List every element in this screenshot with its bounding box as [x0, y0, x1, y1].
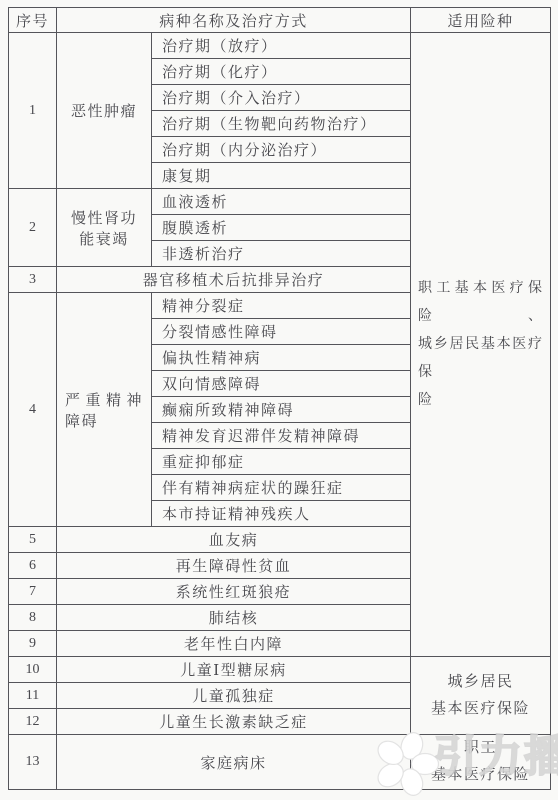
insurance-text-line: 职工基本医疗保险、: [411, 275, 550, 331]
serial-cell: 9: [9, 631, 57, 657]
treatment-cell: 癫痫所致精神障碍: [152, 397, 411, 423]
treatment-cell: 精神发育迟滞伴发精神障碍: [152, 423, 411, 449]
insurance-text-line: 基本医疗保险: [411, 762, 550, 789]
header-insurance-type: 适用险种: [411, 8, 551, 33]
disease-name-cell: 家庭病床: [57, 735, 411, 790]
disease-name-cell: 肺结核: [57, 605, 411, 631]
header-disease-treatment: 病种名称及治疗方式: [57, 8, 411, 33]
treatment-cell: 治疗期（生物靶向药物治疗）: [152, 111, 411, 137]
insurance-text-line: 城乡居民: [411, 669, 550, 696]
disease-name-cell: 器官移植术后抗排异治疗: [57, 267, 411, 293]
serial-cell: 4: [9, 293, 57, 527]
treatment-cell: 腹膜透析: [152, 215, 411, 241]
medical-insurance-table: 序号 病种名称及治疗方式 适用险种 1 恶性肿瘤 治疗期（放疗） 职工基本医疗保…: [8, 7, 551, 790]
disease-name-cell: 再生障碍性贫血: [57, 553, 411, 579]
treatment-cell: 重症抑郁症: [152, 449, 411, 475]
insurance-text-line: 基本医疗保险: [411, 696, 550, 723]
insurance-cell-employee-resident: 职工基本医疗保险、 城乡居民基本医疗保 险: [411, 33, 551, 657]
treatment-cell: 本市持证精神残疾人: [152, 501, 411, 527]
insurance-cell-resident: 城乡居民 基本医疗保险: [411, 657, 551, 735]
serial-cell: 10: [9, 657, 57, 683]
treatment-cell: 双向情感障碍: [152, 371, 411, 397]
serial-cell: 8: [9, 605, 57, 631]
treatment-cell: 伴有精神病症状的躁狂症: [152, 475, 411, 501]
serial-cell: 11: [9, 683, 57, 709]
disease-name-cell: 儿童孤独症: [57, 683, 411, 709]
treatment-cell: 非透析治疗: [152, 241, 411, 267]
table-row: 13 家庭病床 职工 基本医疗保险: [9, 735, 551, 790]
disease-name-cell: 严重精神障碍: [57, 293, 152, 527]
serial-cell: 1: [9, 33, 57, 189]
insurance-text-line: 职工: [411, 735, 550, 762]
header-serial-number: 序号: [9, 8, 57, 33]
disease-name-cell: 儿童生长激素缺乏症: [57, 709, 411, 735]
insurance-cell-employee: 职工 基本医疗保险: [411, 735, 551, 790]
disease-name-cell: 恶性肿瘤: [57, 33, 152, 189]
serial-cell: 13: [9, 735, 57, 790]
disease-name-cell: 系统性红斑狼疮: [57, 579, 411, 605]
serial-cell: 5: [9, 527, 57, 553]
insurance-text-line: 城乡居民基本医疗保: [411, 331, 550, 387]
table-row: 1 恶性肿瘤 治疗期（放疗） 职工基本医疗保险、 城乡居民基本医疗保 险: [9, 33, 551, 59]
disease-name-cell: 儿童Ⅰ型糖尿病: [57, 657, 411, 683]
disease-name-cell: 老年性白内障: [57, 631, 411, 657]
table-row: 10 儿童Ⅰ型糖尿病 城乡居民 基本医疗保险: [9, 657, 551, 683]
treatment-cell: 精神分裂症: [152, 293, 411, 319]
treatment-cell: 治疗期（内分泌治疗）: [152, 137, 411, 163]
serial-cell: 12: [9, 709, 57, 735]
table-header-row: 序号 病种名称及治疗方式 适用险种: [9, 8, 551, 33]
serial-cell: 6: [9, 553, 57, 579]
disease-name-cell: 血友病: [57, 527, 411, 553]
disease-name-cell: 慢性肾功能衰竭: [57, 189, 152, 267]
treatment-cell: 血液透析: [152, 189, 411, 215]
treatment-cell: 分裂情感性障碍: [152, 319, 411, 345]
serial-cell: 2: [9, 189, 57, 267]
treatment-cell: 治疗期（介入治疗）: [152, 85, 411, 111]
serial-cell: 3: [9, 267, 57, 293]
treatment-cell: 偏执性精神病: [152, 345, 411, 371]
treatment-cell: 治疗期（化疗）: [152, 59, 411, 85]
serial-cell: 7: [9, 579, 57, 605]
treatment-cell: 治疗期（放疗）: [152, 33, 411, 59]
treatment-cell: 康复期: [152, 163, 411, 189]
insurance-text-line: 险: [411, 387, 550, 415]
